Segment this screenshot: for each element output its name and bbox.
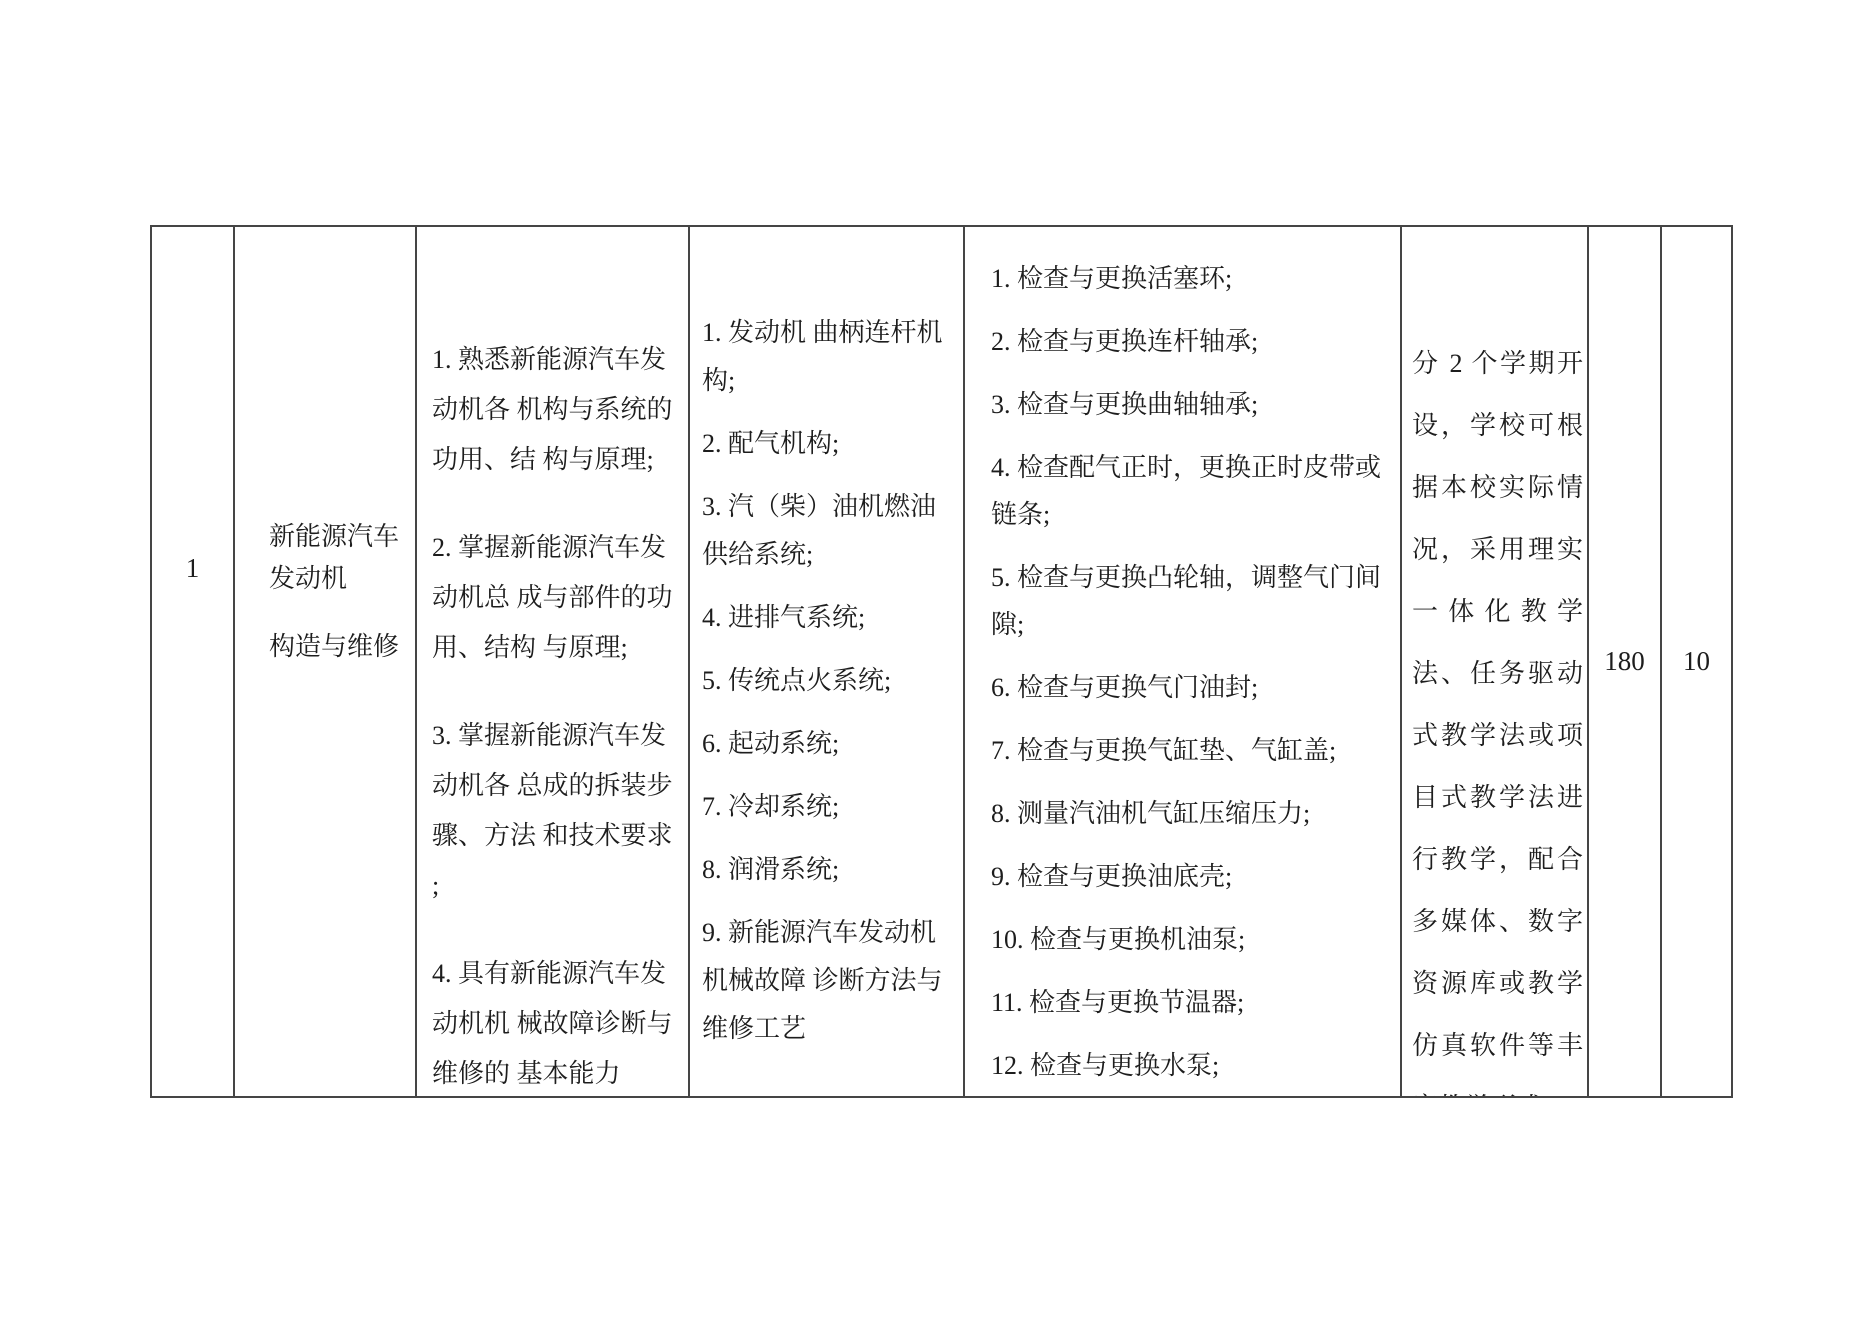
task-item: 8. 测量汽油机气缸压缩压力; bbox=[991, 790, 1382, 837]
task-item: 1. 检查与更换活塞环; bbox=[991, 255, 1382, 302]
task-item: 7. 检查与更换气缸垫、气缸盖; bbox=[991, 727, 1382, 774]
content-item: 3. 汽（柴）油机燃油供给系统; bbox=[702, 483, 953, 579]
row-index: 1 bbox=[186, 553, 200, 584]
task-item: 3. 检查与更换曲轴轴承; bbox=[991, 381, 1382, 428]
content-item: 4. 进排气系统; bbox=[702, 594, 953, 642]
content-item: 6. 起动系统; bbox=[702, 720, 953, 768]
content-item: 2. 配气机构; bbox=[702, 420, 953, 468]
task-item: 6. 检查与更换气门油封; bbox=[991, 664, 1382, 711]
task-item: 4. 检查配气正时，更换正时皮带或链条; bbox=[991, 444, 1382, 538]
task-item: 2. 检查与更换连杆轴承; bbox=[991, 318, 1382, 365]
task-item: 11. 检查与更换节温器; bbox=[991, 979, 1382, 1026]
course-table-row: 1 新能源汽车发动机 构造与维修 1. 熟悉新能源汽车发动机各 机构与系统的功用… bbox=[150, 225, 1733, 1098]
credits-value: 10 bbox=[1683, 646, 1710, 677]
task-item: 9. 检查与更换油底壳; bbox=[991, 853, 1382, 900]
task-item: 5. 检查与更换凸轮轴，调整气门间隙; bbox=[991, 554, 1382, 648]
notes-text: 分 2 个学期开设，学校可根据本校实际情况，采用理实一体化教学法、任务驱动式教学… bbox=[1412, 333, 1583, 1096]
objectives-cell: 1. 熟悉新能源汽车发动机各 机构与系统的功用、结 构与原理;2. 掌握新能源汽… bbox=[417, 227, 690, 1096]
teaching-content-cell: 1. 发动机 曲柄连杆机构;2. 配气机构;3. 汽（柴）油机燃油供给系统;4.… bbox=[690, 227, 965, 1096]
objective-item: 1. 熟悉新能源汽车发动机各 机构与系统的功用、结 构与原理; bbox=[432, 335, 674, 485]
task-item: 12. 检查与更换水泵; bbox=[991, 1042, 1382, 1089]
objective-item: 2. 掌握新能源汽车发动机总 成与部件的功用、结构 与原理; bbox=[432, 523, 674, 673]
course-name-line2: 构造与维修 bbox=[269, 626, 403, 668]
content-item: 7. 冷却系统; bbox=[702, 783, 953, 831]
objective-item: 3. 掌握新能源汽车发动机各 总成的拆装步骤、方法 和技术要求 ; bbox=[432, 711, 674, 911]
notes-cell: 分 2 个学期开设，学校可根据本校实际情况，采用理实一体化教学法、任务驱动式教学… bbox=[1402, 227, 1589, 1096]
hours-value: 180 bbox=[1604, 646, 1645, 677]
course-name: 新能源汽车发动机 构造与维修 bbox=[269, 516, 403, 668]
course-name-cell: 新能源汽车发动机 构造与维修 bbox=[235, 227, 417, 1096]
task-item: 10. 检查与更换机油泵; bbox=[991, 916, 1382, 963]
document-page: 1 新能源汽车发动机 构造与维修 1. 熟悉新能源汽车发动机各 机构与系统的功用… bbox=[0, 0, 1871, 1323]
hours-cell: 180 bbox=[1589, 227, 1662, 1096]
content-item: 1. 发动机 曲柄连杆机构; bbox=[702, 309, 953, 405]
credits-cell: 10 bbox=[1662, 227, 1731, 1096]
objective-item: 4. 具有新能源汽车发动机机 械故障诊断与维修的 基本能力 bbox=[432, 949, 674, 1096]
practice-tasks-cell: 1. 检查与更换活塞环;2. 检查与更换连杆轴承;3. 检查与更换曲轴轴承;4.… bbox=[965, 227, 1402, 1096]
row-index-cell: 1 bbox=[152, 227, 235, 1096]
content-item: 9. 新能源汽车发动机机械故障 诊断方法与维修工艺 bbox=[702, 909, 953, 1053]
course-name-line1: 新能源汽车发动机 bbox=[269, 516, 403, 600]
content-item: 8. 润滑系统; bbox=[702, 846, 953, 894]
content-item: 5. 传统点火系统; bbox=[702, 657, 953, 705]
